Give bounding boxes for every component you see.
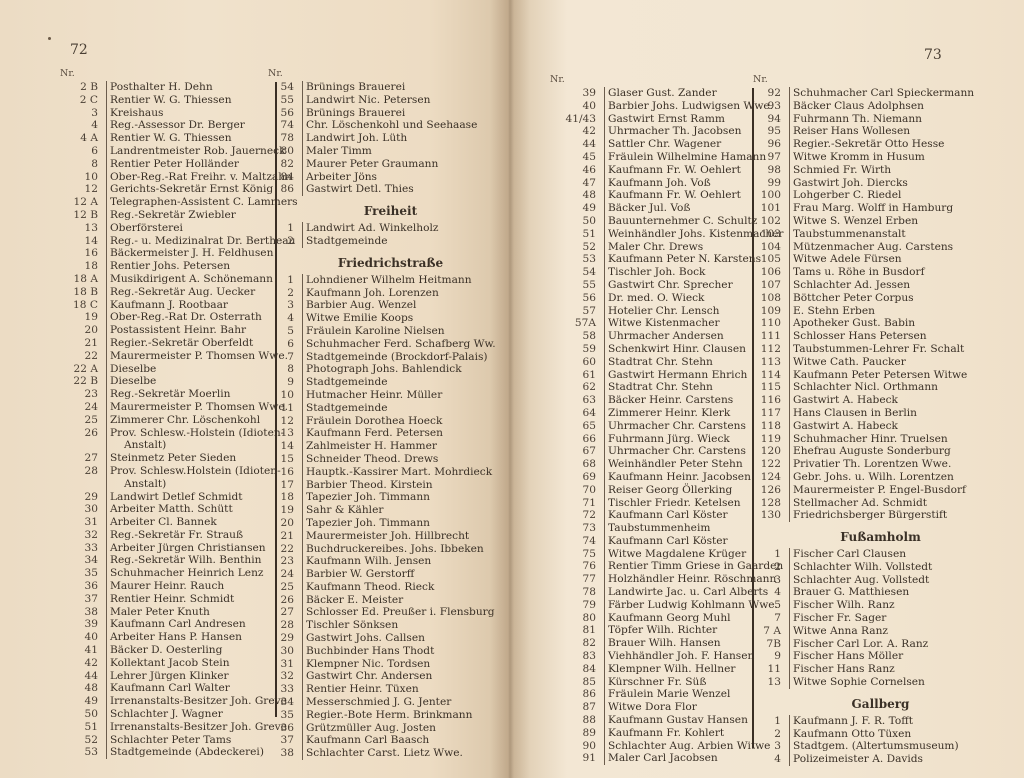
house-number: 21 [60, 337, 106, 350]
house-number: 42 [60, 657, 106, 670]
directory-entry: 31Arbeiter Cl. Bannek [60, 516, 275, 529]
house-number: 14 [268, 440, 302, 453]
directory-entry: 53Stadtgemeinde (Abdeckerei) [60, 746, 275, 759]
owner-name: Arbeiter Matth. Schütt [106, 503, 233, 516]
owner-name: Sattler Chr. Wagener [604, 138, 721, 151]
house-number: 45 [550, 151, 604, 164]
owner-name: Messerschmied J. G. Jenter [302, 696, 451, 709]
directory-entry: 42Kollektant Jacob Stein [60, 657, 275, 670]
directory-entry: 1Kaufmann J. F. R. Tofft [753, 715, 988, 728]
house-number: 27 [268, 606, 302, 619]
house-number: 120 [753, 445, 789, 458]
owner-name: Maler Timm [302, 145, 372, 158]
owner-name: Kaufmann Wilh. Jensen [302, 555, 431, 568]
house-number: 86 [268, 183, 302, 196]
house-number: 94 [753, 113, 789, 126]
house-number: 33 [268, 683, 302, 696]
directory-entry: 21Maurermeister Joh. Hillbrecht [268, 530, 493, 543]
house-number: 36 [60, 580, 106, 593]
directory-entry: 51Weinhändler Johs. Kistenmacher [550, 228, 760, 241]
directory-entry: 31Klempner Nic. Tordsen [268, 658, 493, 671]
owner-name: Prov. Schlesw.Holstein (Idioten- [106, 465, 281, 478]
owner-name: Witwe Cath. Paucker [789, 356, 906, 369]
directory-entry: 1Fischer Carl Clausen [753, 548, 988, 561]
owner-name: Rentier W. G. Thiessen [106, 132, 232, 145]
house-number: 92 [753, 87, 789, 100]
directory-entry: 28Prov. Schlesw.Holstein (Idioten- [60, 465, 275, 478]
owner-name: Gastwirt Joh. Diercks [789, 177, 908, 190]
directory-entry: 126Maurermeister P. Engel-Busdorf [753, 484, 988, 497]
directory-entry: 59Schenkwirt Hinr. Clausen [550, 343, 760, 356]
owner-name: Maurer Peter Graumann [302, 158, 438, 171]
house-number: 26 [60, 427, 106, 440]
owner-name: Kaufmann Carl Andresen [106, 618, 246, 631]
owner-name: Gastwirt A. Habeck [789, 394, 898, 407]
directory-entry: 6Landrentmeister Rob. Jauerneck [60, 145, 275, 158]
directory-entry: 117Hans Clausen in Berlin [753, 407, 988, 420]
directory-entry: 83Viehhändler Joh. F. Hansen [550, 650, 760, 663]
house-number: 52 [60, 734, 106, 747]
house-number: 34 [268, 696, 302, 709]
house-number: 106 [753, 266, 789, 279]
owner-name: Uhrmacher Chr. Carstens [604, 445, 746, 458]
owner-name: Klempner Nic. Tordsen [302, 658, 430, 671]
house-number: 11 [753, 663, 789, 676]
owner-name: Friedrichsberger Bürgerstift [789, 509, 947, 522]
house-number: 3 [268, 299, 302, 312]
owner-name: Landwirt Joh. Lüth [302, 132, 407, 145]
house-number: 2 [753, 728, 789, 741]
house-number: 81 [550, 624, 604, 637]
owner-name: Uhrmacher Chr. Carstens [604, 420, 746, 433]
house-number: 7B [753, 638, 789, 651]
directory-entry: 25Zimmerer Chr. Löschenkohl [60, 414, 275, 427]
owner-name: Kaufmann Georg Muhl [604, 612, 731, 625]
owner-name: E. Stehn Erben [789, 305, 875, 318]
owner-name: Kaufmann Fr. Kohlert [604, 727, 724, 740]
owner-name: Kaufmann Joh. Voß [604, 177, 711, 190]
owner-name: Maurermeister P. Thomsen Wwe. [106, 350, 288, 363]
house-number: 12 [268, 415, 302, 428]
owner-name: Tapezier Joh. Timmann [302, 491, 430, 504]
directory-entry: 22 BDieselbe [60, 375, 275, 388]
directory-entry: 69Kaufmann Heinr. Jacobsen [550, 471, 760, 484]
owner-name: Fräulein Dorothea Hoeck [302, 415, 442, 428]
house-number: 8 [60, 158, 106, 171]
directory-entry: 11Fischer Hans Ranz [753, 663, 988, 676]
directory-entry: 2 BPosthalter H. Dehn [60, 81, 275, 94]
street-entries: 54Brünings Brauerei55Landwirt Nic. Peter… [268, 81, 493, 196]
owner-name: Schenkwirt Hinr. Clausen [604, 343, 746, 356]
directory-entry: 30Buchbinder Hans Thodt [268, 645, 493, 658]
directory-entry: 18 BReg.-Sekretär Aug. Uecker [60, 286, 275, 299]
directory-entry: 36Grützmüller Aug. Josten [268, 722, 493, 735]
directory-entry: 35Schuhmacher Heinrich Lenz [60, 567, 275, 580]
directory-entry: 112Taubstummen-Lehrer Fr. Schalt [753, 343, 988, 356]
directory-entry: 19Sahr & Kähler [268, 504, 493, 517]
house-number: 63 [550, 394, 604, 407]
house-number: 5 [268, 325, 302, 338]
directory-entry: 46Kaufmann Fr. W. Oehlert [550, 164, 760, 177]
owner-name: Barbier Theod. Kirstein [302, 479, 433, 492]
directory-entry: 75Witwe Magdalene Krüger [550, 548, 760, 561]
owner-name: Kaufmann Carl Köster [604, 535, 728, 548]
owner-name: Arbeiter Jürgen Christiansen [106, 542, 266, 555]
house-number: 2 B [60, 81, 106, 94]
house-number: 19 [268, 504, 302, 517]
owner-name: Irrenanstalts-Besitzer Joh. Greve [106, 695, 287, 708]
directory-entry: 41/43Gastwirt Ernst Ramm [550, 113, 760, 126]
directory-entry: 119Schuhmacher Hinr. Truelsen [753, 433, 988, 446]
owner-name: Fräulein Marie Wenzel [604, 688, 730, 701]
owner-name: Töpfer Wilh. Richter [604, 624, 717, 637]
owner-name: Chr. Löschenkohl und Seehaase [302, 119, 477, 132]
house-number: 96 [753, 138, 789, 151]
house-number: 117 [753, 407, 789, 420]
house-number: 7 A [753, 625, 789, 638]
directory-entry: 12 BReg.-Sekretär Zwiebler [60, 209, 275, 222]
directory-entry: 91Maler Carl Jacobsen [550, 752, 760, 765]
owner-name: Stadtgemeinde [302, 376, 388, 389]
directory-column: Nr.2 BPosthalter H. Dehn2 CRentier W. G.… [60, 68, 275, 759]
owner-name: Fischer Carl Lor. A. Ranz [789, 638, 928, 651]
owner-name: Stadtgemeinde (Abdeckerei) [106, 746, 264, 759]
house-number: 99 [753, 177, 789, 190]
directory-entry: 74Chr. Löschenkohl und Seehaase [268, 119, 493, 132]
directory-entry: 67Uhrmacher Chr. Carstens [550, 445, 760, 458]
directory-entry: 2Schlachter Wilh. Vollstedt [753, 561, 988, 574]
directory-entry: 56Brünings Brauerei [268, 107, 493, 120]
house-number: 113 [753, 356, 789, 369]
directory-entry: 8Rentier Peter Holländer [60, 158, 275, 171]
owner-name: Witwe Kromm in Husum [789, 151, 925, 164]
directory-entry: 39Glaser Gust. Zander [550, 87, 760, 100]
directory-entry: 13Witwe Sophie Cornelsen [753, 676, 988, 689]
directory-entry: 20Tapezier Joh. Timmann [268, 517, 493, 530]
owner-name: Buchdruckereibes. Johs. Ibbeken [302, 543, 484, 556]
house-number: 27 [60, 452, 106, 465]
house-number: 114 [753, 369, 789, 382]
owner-name: Regier.-Sekretär Otto Hesse [789, 138, 944, 151]
owner-name: Hotelier Chr. Lensch [604, 305, 720, 318]
directory-entry: 37Rentier Heinr. Schmidt [60, 593, 275, 606]
owner-name: Lohndiener Wilhelm Heitmann [302, 274, 472, 287]
house-number: 55 [550, 279, 604, 292]
street-heading: Friedrichstraße [268, 256, 493, 270]
house-number: 93 [753, 100, 789, 113]
house-number [60, 439, 106, 452]
owner-name: Holzhändler Heinr. Röschmann [604, 573, 776, 586]
nr-column-header: Nr. [753, 74, 988, 87]
house-number: 98 [753, 164, 789, 177]
house-number: 16 [268, 466, 302, 479]
house-number: 48 [550, 189, 604, 202]
house-number: 74 [550, 535, 604, 548]
owner-name: Brauer Wilh. Hansen [604, 637, 721, 650]
house-number: 105 [753, 253, 789, 266]
directory-entry: 7BFischer Carl Lor. A. Ranz [753, 638, 988, 651]
house-number: 16 [60, 247, 106, 260]
directory-entry: 54Tischler Joh. Bock [550, 266, 760, 279]
directory-entry: 108Böttcher Peter Corpus [753, 292, 988, 305]
house-number: 15 [268, 453, 302, 466]
nr-column-header: Nr. [268, 68, 493, 81]
street-heading: Freiheit [268, 204, 493, 218]
directory-entry: 28Tischler Sönksen [268, 619, 493, 632]
house-number: 32 [60, 529, 106, 542]
directory-entry: 86Fräulein Marie Wenzel [550, 688, 760, 701]
paper-speck [48, 37, 51, 40]
owner-name: Photograph Johs. Bahlendick [302, 363, 462, 376]
directory-entry: 41Bäcker D. Oesterling [60, 644, 275, 657]
directory-entry: 128Stellmacher Ad. Schmidt [753, 497, 988, 510]
house-number: 78 [550, 586, 604, 599]
house-number: 80 [268, 145, 302, 158]
owner-name: Schlachter Ad. Jessen [789, 279, 910, 292]
street-entries: 92Schuhmacher Carl Spieckermann93Bäcker … [753, 87, 988, 522]
directory-entry: 77Holzhändler Heinr. Röschmann [550, 573, 760, 586]
directory-entry: 13Oberförsterei [60, 222, 275, 235]
house-number: 89 [550, 727, 604, 740]
owner-name: Stadtgemeinde [302, 235, 388, 248]
owner-name: Witwe Anna Ranz [789, 625, 888, 638]
directory-entry: Anstalt) [60, 439, 275, 452]
house-number: 21 [268, 530, 302, 543]
house-number: 102 [753, 215, 789, 228]
house-number: 18 B [60, 286, 106, 299]
owner-name: Fischer Wilh. Ranz [789, 599, 895, 612]
owner-name: Brünings Brauerei [302, 81, 405, 94]
directory-entry: 52Maler Chr. Drews [550, 241, 760, 254]
house-number: 13 [753, 676, 789, 689]
directory-entry: 66Fuhrmann Jürg. Wieck [550, 433, 760, 446]
house-number: 4 A [60, 132, 106, 145]
owner-name: Taubstummen-Lehrer Fr. Schalt [789, 343, 964, 356]
owner-name: Reiser Hans Wollesen [789, 125, 910, 138]
directory-entry: 102Witwe S. Wenzel Erben [753, 215, 988, 228]
owner-name: Fischer Carl Clausen [789, 548, 906, 561]
directory-entry: 88Kaufmann Gustav Hansen [550, 714, 760, 727]
directory-entry: 56Dr. med. O. Wieck [550, 292, 760, 305]
house-number: 1 [268, 222, 302, 235]
owner-name: Kaufmann J. F. R. Tofft [789, 715, 913, 728]
house-number: 112 [753, 343, 789, 356]
directory-entry: 76Rentier Timm Griese in Gaarden [550, 560, 760, 573]
house-number: 1 [753, 548, 789, 561]
directory-entry: 2Kaufmann Joh. Lorenzen [268, 287, 493, 300]
house-number: 64 [550, 407, 604, 420]
owner-name: Kaufmann Ferd. Petersen [302, 427, 443, 440]
house-number: 39 [550, 87, 604, 100]
house-number: 50 [550, 215, 604, 228]
street-entries: 1Landwirt Ad. Winkelholz2Stadtgemeinde [268, 222, 493, 248]
owner-name: Rentier Johs. Petersen [106, 260, 230, 273]
owner-name: Reg.-Sekretär Zwiebler [106, 209, 236, 222]
directory-entry: 24Barbier W. Gerstorff [268, 568, 493, 581]
directory-entry: 53Kaufmann Peter N. Karstens [550, 253, 760, 266]
directory-entry: 33Arbeiter Jürgen Christiansen [60, 542, 275, 555]
directory-entry: 60Stadtrat Chr. Stehn [550, 356, 760, 369]
owner-name: Bäcker Claus Adolphsen [789, 100, 924, 113]
directory-entry: 4Polizeimeister A. Davids [753, 753, 988, 766]
directory-entry: 65Uhrmacher Chr. Carstens [550, 420, 760, 433]
owner-name: Kaufmann Carl Köster [604, 509, 728, 522]
house-number: 60 [550, 356, 604, 369]
owner-name: Gastwirt Hermann Ehrich [604, 369, 747, 382]
owner-name: Landrentmeister Rob. Jauerneck [106, 145, 286, 158]
owner-name: Kürschner Fr. Süß [604, 676, 706, 689]
street-entries: 1Fischer Carl Clausen2Schlachter Wilh. V… [753, 548, 988, 689]
owner-name: Stadtgemeinde (Brockdorf-Palais) [302, 351, 488, 364]
owner-name: Fischer Hans Möller [789, 650, 903, 663]
directory-entry: 57Hotelier Chr. Lensch [550, 305, 760, 318]
page-number-left: 72 [70, 42, 88, 58]
house-number: 130 [753, 509, 789, 522]
directory-entry: 3Schlachter Aug. Vollstedt [753, 574, 988, 587]
owner-name: Kaufmann Peter N. Karstens [604, 253, 761, 266]
directory-entry: 23Reg.-Sekretär Moerlin [60, 388, 275, 401]
owner-name: Uhrmacher Th. Jacobsen [604, 125, 741, 138]
owner-name: Maler Chr. Drews [604, 241, 703, 254]
directory-entry: 100Lohgerber C. Riedel [753, 189, 988, 202]
house-number: 59 [550, 343, 604, 356]
owner-name: Hutmacher Heinr. Müller [302, 389, 442, 402]
house-number: 77 [550, 573, 604, 586]
owner-name: Rentier W. G. Thiessen [106, 94, 232, 107]
directory-entry: 92Schuhmacher Carl Spieckermann [753, 87, 988, 100]
owner-name: Hans Clausen in Berlin [789, 407, 917, 420]
house-number: 122 [753, 458, 789, 471]
owner-name: Witwe Dora Flor [604, 701, 697, 714]
directory-entry: 49Bäcker Jul. Voß [550, 202, 760, 215]
owner-name: Fräulein Karoline Nielsen [302, 325, 445, 338]
owner-name: Weinhändler Peter Stehn [604, 458, 743, 471]
directory-entry: 118Gastwirt A. Habeck [753, 420, 988, 433]
directory-entry: 55Gastwirt Chr. Sprecher [550, 279, 760, 292]
directory-entry: 54Brünings Brauerei [268, 81, 493, 94]
directory-entry: 11Stadtgemeinde [268, 402, 493, 415]
house-number: 82 [268, 158, 302, 171]
directory-entry: 27Schlosser Ed. Preußer i. Flensburg [268, 606, 493, 619]
directory-column: Nr.39Glaser Gust. Zander40Barbier Johs. … [550, 74, 760, 765]
directory-entry: 114Kaufmann Peter Petersen Witwe [753, 369, 988, 382]
directory-entry: 57AWitwe Kistenmacher [550, 317, 760, 330]
directory-entry: Anstalt) [60, 478, 275, 491]
directory-entry: 106Tams u. Röhe in Busdorf [753, 266, 988, 279]
directory-entry: 3Barbier Aug. Wenzel [268, 299, 493, 312]
owner-name: Anstalt) [106, 478, 166, 491]
house-number: 17 [268, 479, 302, 492]
house-number: 44 [60, 670, 106, 683]
house-number: 3 [60, 107, 106, 120]
owner-name: Fuhrmann Jürg. Wieck [604, 433, 730, 446]
directory-entry: 98Schmied Fr. Wirth [753, 164, 988, 177]
house-number: 49 [60, 695, 106, 708]
owner-name: Rentier Peter Holländer [106, 158, 239, 171]
page-number-right: 73 [924, 47, 942, 63]
owner-name: Prov. Schlesw.-Holstein (Idioten- [106, 427, 284, 440]
directory-entry: 34Messerschmied J. G. Jenter [268, 696, 493, 709]
directory-entry: 18Rentier Johs. Petersen [60, 260, 275, 273]
house-number: 90 [550, 740, 604, 753]
house-number: 44 [550, 138, 604, 151]
house-number: 58 [550, 330, 604, 343]
directory-entry: 12Fräulein Dorothea Hoeck [268, 415, 493, 428]
house-number: 57 [550, 305, 604, 318]
house-number: 49 [550, 202, 604, 215]
house-number: 35 [268, 709, 302, 722]
house-number: 54 [268, 81, 302, 94]
owner-name: Gerichts-Sekretär Ernst König [106, 183, 273, 196]
house-number: 73 [550, 522, 604, 535]
owner-name: Musikdirigent A. Schönemann [106, 273, 273, 286]
house-number: 128 [753, 497, 789, 510]
directory-entry: 16Bäckermeister J. H. Feldhusen [60, 247, 275, 260]
house-number: 4 [753, 753, 789, 766]
owner-name: Fräulein Wilhelmine Hamann [604, 151, 766, 164]
owner-name: Arbeiter Cl. Bannek [106, 516, 217, 529]
owner-name: Ehefrau Auguste Sonderburg [789, 445, 951, 458]
house-number: 41/43 [550, 113, 604, 126]
directory-entry: 4Reg.-Assessor Dr. Berger [60, 119, 275, 132]
directory-entry: 32Gastwirt Chr. Andersen [268, 670, 493, 683]
directory-entry: 9Fischer Hans Möller [753, 650, 988, 663]
house-number: 13 [268, 427, 302, 440]
house-number: 111 [753, 330, 789, 343]
owner-name: Lohgerber C. Riedel [789, 189, 901, 202]
house-number: 52 [550, 241, 604, 254]
directory-entry: 22 ADieselbe [60, 363, 275, 376]
house-number: 84 [268, 171, 302, 184]
owner-name: Mützenmacher Aug. Carstens [789, 241, 953, 254]
house-number: 83 [550, 650, 604, 663]
owner-name: Apotheker Gust. Babin [789, 317, 915, 330]
directory-entry: 93Bäcker Claus Adolphsen [753, 100, 988, 113]
house-number: 30 [268, 645, 302, 658]
owner-name: Kollektant Jacob Stein [106, 657, 230, 670]
house-number: 38 [268, 747, 302, 760]
directory-entry: 96Regier.-Sekretär Otto Hesse [753, 138, 988, 151]
directory-entry: 63Bäcker Heinr. Carstens [550, 394, 760, 407]
owner-name: Kaufmann Heinr. Jacobsen [604, 471, 751, 484]
house-number: 5 [753, 599, 789, 612]
house-number: 26 [268, 594, 302, 607]
directory-entry: 8Photograph Johs. Bahlendick [268, 363, 493, 376]
house-number: 19 [60, 311, 106, 324]
directory-entry: 73Taubstummenheim [550, 522, 760, 535]
directory-entry: 50Schlachter J. Wagner [60, 708, 275, 721]
owner-name: Barbier W. Gerstorff [302, 568, 414, 581]
house-number: 12 B [60, 209, 106, 222]
directory-entry: 23Kaufmann Wilh. Jensen [268, 555, 493, 568]
directory-entry: 80Kaufmann Georg Muhl [550, 612, 760, 625]
house-number: 14 [60, 235, 106, 248]
owner-name: Schlachter Aug. Vollstedt [789, 574, 929, 587]
directory-entry: 82Brauer Wilh. Hansen [550, 637, 760, 650]
owner-name: Brünings Brauerei [302, 107, 405, 120]
house-number: 30 [60, 503, 106, 516]
house-number: 87 [550, 701, 604, 714]
owner-name: Bäcker D. Oesterling [106, 644, 222, 657]
owner-name: Tams u. Röhe in Busdorf [789, 266, 925, 279]
directory-entry: 36Maurer Heinr. Rauch [60, 580, 275, 593]
house-number: 4 [753, 586, 789, 599]
directory-entry: 20Postassistent Heinr. Bahr [60, 324, 275, 337]
house-number: 25 [268, 581, 302, 594]
directory-entry: 120Ehefrau Auguste Sonderburg [753, 445, 988, 458]
house-number: 56 [268, 107, 302, 120]
directory-entry: 15Schneider Theod. Drews [268, 453, 493, 466]
